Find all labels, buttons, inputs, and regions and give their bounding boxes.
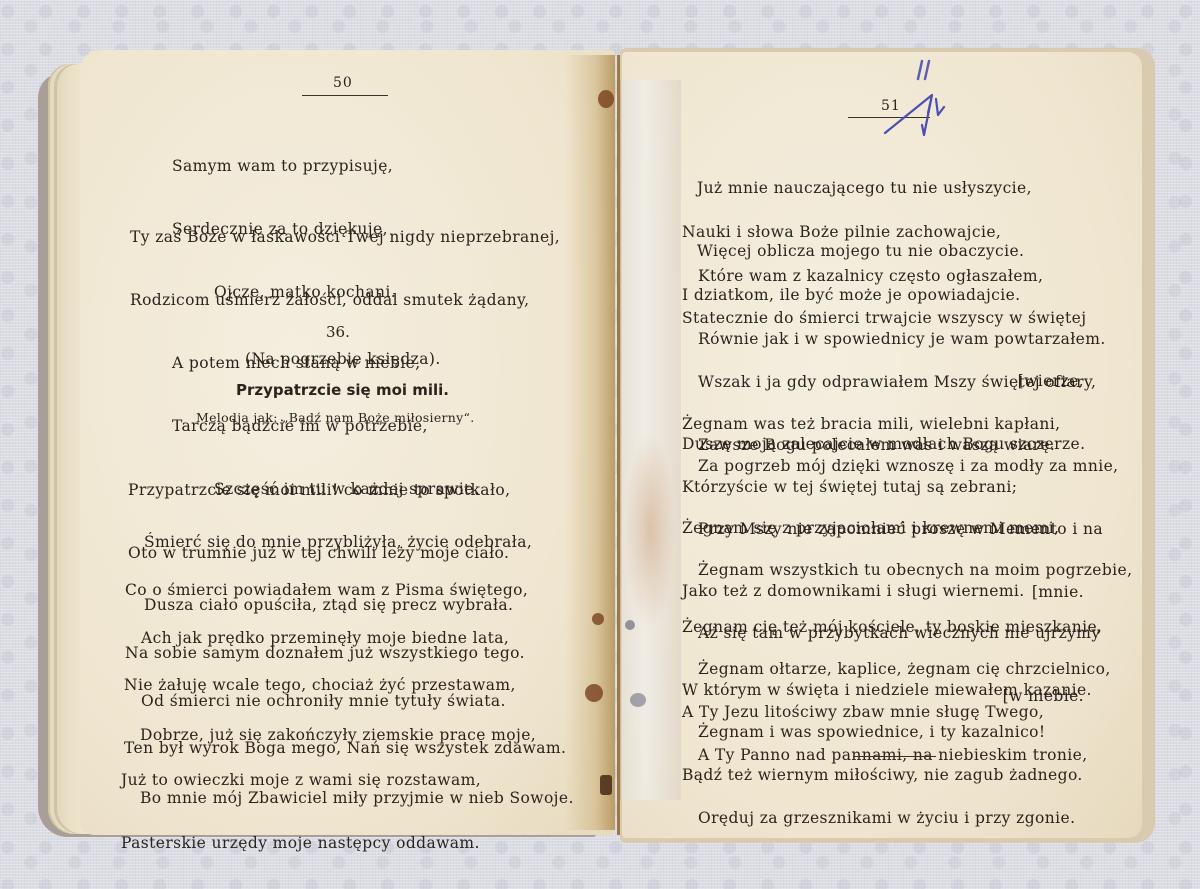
right-stanza-13: A Ty Panno nad pannami, na niebieskim tr… <box>698 703 1088 871</box>
song-title: Przypatrzcie się moi mili. <box>236 381 449 399</box>
verse-line: Ty zaś Boże w łaskawości Twej nigdy niep… <box>130 227 560 248</box>
rust-spot <box>598 90 614 108</box>
song-occasion: (Na pogrzebie księdza). <box>245 350 441 368</box>
page-number-rule <box>302 95 388 96</box>
page-number-left: 50 <box>333 75 353 91</box>
verse-line: Samym wam to przypisuję, <box>122 156 396 177</box>
water-stain <box>625 430 675 630</box>
verse-line: Za pogrzeb mój dzięki wznoszę i za modły… <box>698 456 1102 477</box>
verse-line: Pasterskie urzędy moje następcy oddawam. <box>121 833 481 854</box>
song-melody: Melodja jak: „Bądź nam Boże miłosierny“. <box>196 410 474 425</box>
open-book: 50 Samym wam to przypisuję, Serdecznie z… <box>0 0 1200 889</box>
rust-spot <box>625 620 635 630</box>
handwritten-page-mark-icon <box>880 55 960 140</box>
rust-spot <box>585 684 603 702</box>
song-number: 36. <box>326 323 350 341</box>
verse-line: Rodzicom uśmierz żałości, oddal smutek ż… <box>130 290 560 311</box>
end-rule <box>853 756 936 757</box>
rust-spot <box>630 693 646 707</box>
verse-line: Już to owieczki moje z wami się rozstawa… <box>121 770 481 791</box>
song-stanza-7: Już to owieczki moje z wami się rozstawa… <box>121 728 481 889</box>
verse-line: Statecznie do śmierci trwajcie wszyscy w… <box>682 308 1102 329</box>
rust-spot <box>592 613 604 625</box>
rust-spot <box>600 775 612 795</box>
verse-line: Oręduj za grzesznikami w życiu i przy zg… <box>698 808 1088 829</box>
